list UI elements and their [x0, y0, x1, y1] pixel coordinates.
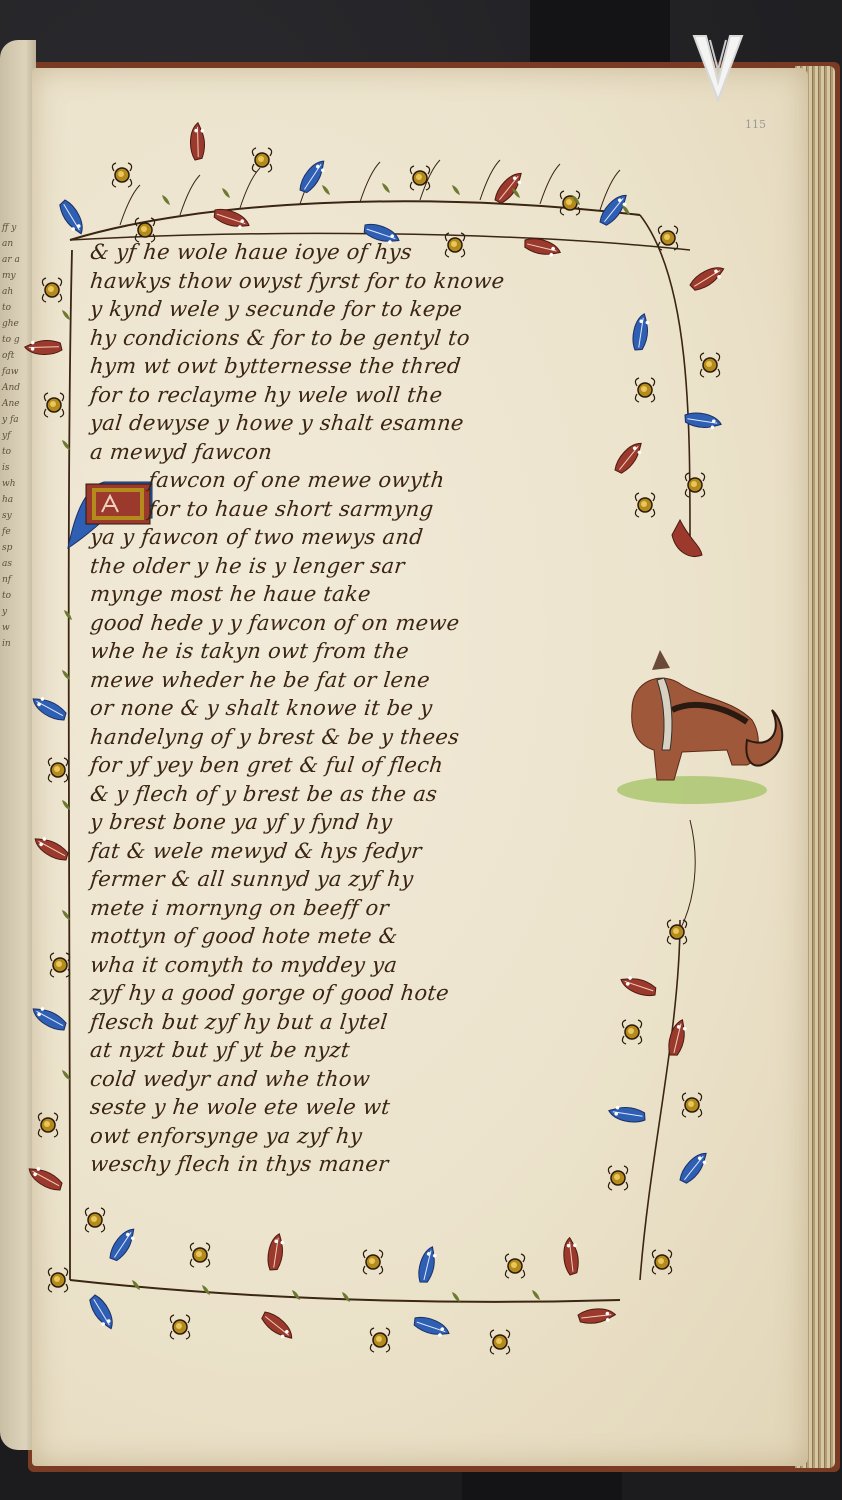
paperclip-icon [688, 30, 748, 108]
facing-page-edge: ff yanar amyahtogheto goftfawAndAney fay… [0, 40, 36, 1450]
text-line: y kynd wele y secunde for to kepe [89, 297, 612, 326]
text-line: y brest bone ya yf y fynd hy [89, 810, 612, 839]
text-line: flesch but zyf hy but a lytel [89, 1010, 612, 1039]
text-line: wha it comyth to myddey ya [89, 953, 612, 982]
text-line: fawcon of one mewe owyth [89, 468, 612, 497]
text-line: at nyzt but yf yt be nyzt [89, 1038, 612, 1067]
text-line: or none & y shalt knowe it be y [89, 696, 612, 725]
text-line: zyf hy a good gorge of good hote [89, 981, 612, 1010]
text-line: hawkys thow owyst fyrst for to knowe [89, 269, 612, 298]
text-line: hym wt owt bytternesse the thred [89, 354, 612, 383]
text-line: fermer & all sunnyd ya zyf hy [89, 867, 612, 896]
text-line: handelyng of y brest & be y thees [89, 725, 612, 754]
text-line: mottyn of good hote mete & [89, 924, 612, 953]
folio-number: 115 [745, 118, 766, 131]
facing-page-text: ff yanar amyahtogheto goftfawAndAney fay… [2, 220, 32, 652]
text-line: mete i mornyng on beeff or [89, 896, 612, 925]
text-line: hy condicions & for to be gentyl to [89, 326, 612, 355]
fox-illustration [612, 640, 792, 810]
text-line: & yf he wole haue ioye of hys [89, 240, 612, 269]
text-line: whe he is takyn owt from the [89, 639, 612, 668]
text-line: cold wedyr and whe thow [89, 1067, 612, 1096]
text-line: for to haue short sarmyng [89, 497, 612, 526]
text-line: the older y he is y lenger sar [89, 554, 612, 583]
text-line: a mewyd fawcon [89, 440, 612, 469]
text-line: owt enforsynge ya zyf hy [89, 1124, 612, 1153]
text-line: seste y he wole ete wele wt [89, 1095, 612, 1124]
text-line: mewe wheder he be fat or lene [89, 668, 612, 697]
text-line: mynge most he haue take [89, 582, 612, 611]
text-line: & y flech of y brest be as the as [89, 782, 612, 811]
text-line: for to reclayme hy wele woll the [89, 383, 612, 412]
text-line: fat & wele mewyd & hys fedyr [89, 839, 612, 868]
text-line: ya y fawcon of two mewys and [89, 525, 612, 554]
text-line: good hede y y fawcon of on mewe [89, 611, 612, 640]
text-line: for yf yey ben gret & ful of flech [89, 753, 612, 782]
text-line: yal dewyse y howe y shalt esamne [89, 411, 612, 440]
text-line: weschy flech in thys maner [89, 1152, 612, 1181]
manuscript-text: & yf he wole haue ioye of hyshawkys thow… [90, 240, 610, 1181]
